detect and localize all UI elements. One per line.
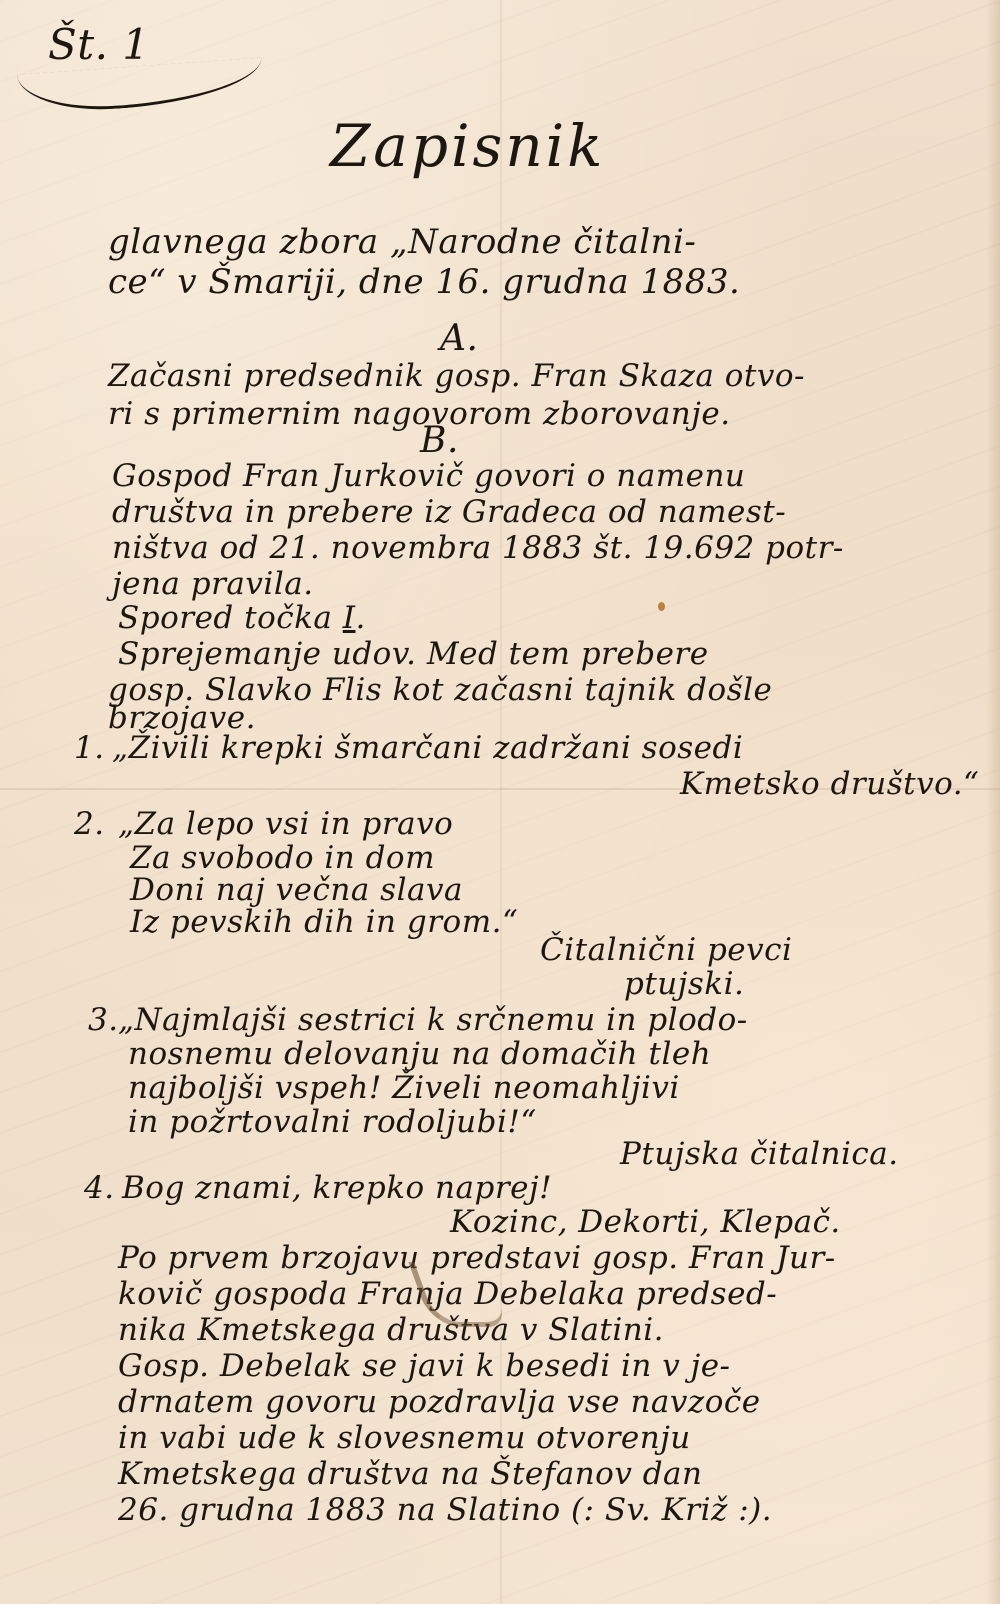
agenda-heading-number: I (343, 600, 356, 636)
paper-edge (986, 0, 1000, 1604)
section-b-line: ništva od 21. novembra 1883 št. 19.692 p… (112, 530, 844, 566)
ink-spot (658, 602, 665, 611)
telegram-signature: Čitalnični pevci (540, 932, 792, 968)
agenda-heading-prefix: Spored točka (118, 600, 332, 636)
closing-line: drnatem govoru pozdravlja vse navzoče (118, 1384, 761, 1420)
telegram-line: najboljši vspeh! Živeli neomahljivi (128, 1070, 680, 1106)
telegram-signature: ptujski. (624, 966, 744, 1002)
page-label: Št. 1 (48, 20, 150, 69)
closing-line: in vabi ude k slovesnemu otvorenju (118, 1420, 691, 1456)
telegram-line: in požrtovalni rodoljubi!“ (128, 1104, 537, 1140)
telegram-line: Za svobodo in dom (130, 840, 435, 876)
manuscript-page: Št. 1 Zapisnik glavnega zbora „Narodne č… (0, 0, 1000, 1604)
closing-line: nika Kmetskega društva v Slatini. (118, 1312, 664, 1348)
section-b-letter: B. (420, 420, 459, 461)
telegram-number: 1. (74, 730, 105, 766)
telegram-number: 3. (88, 1002, 119, 1038)
telegram-line: Bog znami, krepko naprej! (122, 1170, 552, 1206)
section-b-line: jena pravila. (112, 566, 314, 602)
closing-line: Gosp. Debelak se javi k besedi in v je- (118, 1348, 731, 1384)
telegram-number: 2. (74, 806, 105, 842)
telegram-line: „Za lepo vsi in pravo (118, 806, 453, 842)
section-b-line: društva in prebere iz Gradeca od namest- (112, 494, 786, 530)
telegram-line: Iz pevskih dih in grom.“ (130, 904, 518, 940)
agenda-heading: Spored točka I. (118, 600, 366, 636)
section-a-letter: A. (440, 318, 478, 359)
telegram-signature: Ptujska čitalnica. (620, 1136, 899, 1172)
telegram-line: „Najmlajši sestrici k srčnemu in plodo- (118, 1002, 748, 1038)
telegram-line: Doni naj večna slava (130, 872, 463, 908)
section-a-line: Začasni predsednik gosp. Fran Skaza otvo… (108, 358, 805, 394)
closing-line: Kmetskega društva na Štefanov dan (118, 1456, 703, 1492)
section-b-line: Gospod Fran Jurkovič govori o namenu (112, 458, 745, 494)
heading-line-2: ce“ v Šmariji, dne 16. grudna 1883. (108, 262, 740, 302)
heading-line-1: glavnega zbora „Narodne čitalni- (108, 222, 696, 262)
telegram-number: 4. (84, 1170, 115, 1206)
telegram-signature: Kozinc, Dekorti, Klepač. (450, 1204, 841, 1240)
telegram-signature: Kmetsko društvo.“ (680, 766, 979, 802)
telegram-line: „Živili krepki šmarčani zadržani sosedi (112, 730, 743, 766)
closing-line: 26. grudna 1883 na Slatino (: Sv. Križ :… (118, 1492, 772, 1528)
document-title: Zapisnik (330, 112, 605, 180)
telegram-line: nosnemu delovanju na domačih tleh (128, 1036, 711, 1072)
agenda-line: Sprejemanje udov. Med tem prebere (118, 636, 709, 672)
